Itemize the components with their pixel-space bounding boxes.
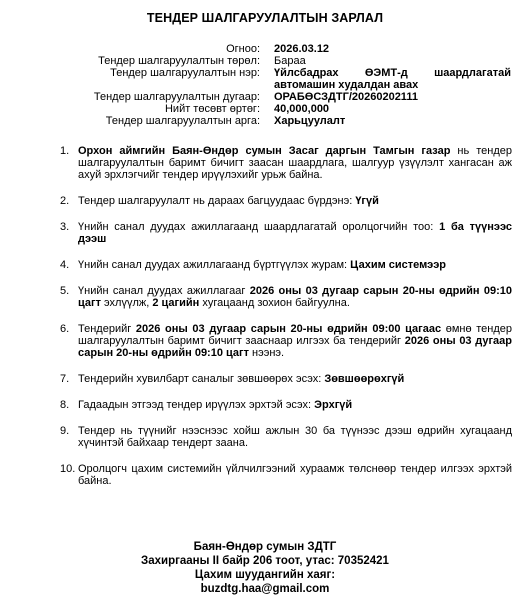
meta-label: Нийт төсөвт өртөг: bbox=[0, 103, 260, 115]
emphasis-text: Цахим системээр bbox=[350, 259, 446, 271]
body-text: нээнэ. bbox=[249, 347, 284, 359]
body-text: Гадаадын этгээд тендер ирүүлэх эрхтэй эс… bbox=[78, 399, 314, 411]
list-item-number: 2. bbox=[60, 195, 78, 207]
list-item-text: Тендерийг 2026 оны 03 дугаар сарын 20-ны… bbox=[78, 323, 512, 359]
list-item: 3.Үнийн санал дуудах ажиллагаанд шаардла… bbox=[60, 221, 512, 245]
meta-row: Тендер шалгаруулалтын нэр:Үйлсбадрах ӨЭМ… bbox=[0, 67, 530, 91]
list-item: 6.Тендерийг 2026 оны 03 дугаар сарын 20-… bbox=[60, 323, 512, 359]
list-item-text: Үнийн санал дуудах ажиллагааг 2026 оны 0… bbox=[78, 285, 512, 309]
body-text: эхлүүлж, bbox=[101, 297, 152, 309]
list-item-number: 9. bbox=[60, 425, 78, 449]
body-text: Тендер шалгаруулалт нь дараах багцуудаас… bbox=[78, 195, 355, 207]
emphasis-text: Зөвшөөрөхгүй bbox=[324, 373, 404, 385]
list-item-number: 10. bbox=[60, 463, 78, 487]
meta-value: 40,000,000 bbox=[274, 103, 511, 115]
body-text: Үнийн санал дуудах ажиллагаанд бүртгүүлэ… bbox=[78, 259, 350, 271]
meta-label: Тендер шалгаруулалтын төрөл: bbox=[0, 55, 260, 67]
list-item-text: Гадаадын этгээд тендер ирүүлэх эрхтэй эс… bbox=[78, 399, 512, 411]
list-item-number: 4. bbox=[60, 259, 78, 271]
list-item-text: Тендерийн хувилбарт саналыг зөвшөөрөх эс… bbox=[78, 373, 512, 385]
footer-address: Захиргааны II байр 206 тоот, утас: 70352… bbox=[0, 554, 530, 568]
list-item-text: Үнийн санал дуудах ажиллагаанд шаардлага… bbox=[78, 221, 512, 245]
body-text: Тендерийг bbox=[78, 323, 136, 335]
list-item: 2.Тендер шалгаруулалт нь дараах багцууда… bbox=[60, 195, 512, 207]
meta-value: Харьцуулалт bbox=[274, 115, 511, 127]
footer-email-label: Цахим шуудангийн хаяг: bbox=[0, 568, 530, 582]
list-item: 9.Тендер нь түүнийг нээснээс хойш ажлын … bbox=[60, 425, 512, 449]
meta-row: Тендер шалгаруулалтын арга:Харьцуулалт bbox=[0, 115, 530, 127]
meta-row: Тендер шалгаруулалтын дугаар:ОРАБӨСЗДТГ/… bbox=[0, 91, 530, 103]
tender-meta: Огноо:2026.03.12Тендер шалгаруулалтын тө… bbox=[0, 43, 530, 127]
meta-label: Тендер шалгаруулалтын арга: bbox=[0, 115, 260, 127]
body-text: Үнийн санал дуудах ажиллагаанд шаардлага… bbox=[78, 221, 439, 233]
emphasis-text: Үгүй bbox=[355, 195, 379, 207]
list-item-number: 8. bbox=[60, 399, 78, 411]
list-item: 8.Гадаадын этгээд тендер ирүүлэх эрхтэй … bbox=[60, 399, 512, 411]
emphasis-text: Орхон аймгийн Баян-Өндөр сумын Засаг дар… bbox=[78, 145, 450, 157]
list-item-number: 5. bbox=[60, 285, 78, 309]
body-text: Тендер нь түүнийг нээснээс хойш ажлын 30… bbox=[78, 425, 512, 449]
meta-label: Огноо: bbox=[0, 43, 260, 55]
meta-label: Тендер шалгаруулалтын нэр: bbox=[0, 67, 260, 91]
list-item: 1.Орхон аймгийн Баян-Өндөр сумын Засаг д… bbox=[60, 145, 512, 181]
document-title: ТЕНДЕР ШАЛГАРУУЛАЛТЫН ЗАРЛАЛ bbox=[0, 11, 530, 25]
list-item-text: Үнийн санал дуудах ажиллагаанд бүртгүүлэ… bbox=[78, 259, 512, 271]
list-item-text: Оролцогч цахим системийн үйлчилгээний ху… bbox=[78, 463, 512, 487]
body-text: хугацаанд зохион байгуулна. bbox=[199, 297, 350, 309]
footer-contact: Баян-Өндөр сумын ЗДТГ Захиргааны II байр… bbox=[0, 540, 530, 596]
emphasis-text: Эрхгүй bbox=[314, 399, 352, 411]
meta-value: ОРАБӨСЗДТГ/20260202111 bbox=[274, 91, 511, 103]
list-item-text: Орхон аймгийн Баян-Өндөр сумын Засаг дар… bbox=[78, 145, 512, 181]
list-item: 10.Оролцогч цахим системийн үйлчилгээний… bbox=[60, 463, 512, 487]
list-item-number: 1. bbox=[60, 145, 78, 181]
emphasis-text: 2026 оны 03 дугаар сарын 20-ны өдрийн 09… bbox=[136, 323, 441, 335]
list-item: 5.Үнийн санал дуудах ажиллагааг 2026 оны… bbox=[60, 285, 512, 309]
list-item-number: 3. bbox=[60, 221, 78, 245]
meta-row: Нийт төсөвт өртөг:40,000,000 bbox=[0, 103, 530, 115]
meta-value: Бараа bbox=[274, 55, 511, 67]
body-text: Тендерийн хувилбарт саналыг зөвшөөрөх эс… bbox=[78, 373, 324, 385]
list-item-number: 7. bbox=[60, 373, 78, 385]
body-text: Оролцогч цахим системийн үйлчилгээний ху… bbox=[78, 463, 512, 487]
meta-value: 2026.03.12 bbox=[274, 43, 511, 55]
body-text: Үнийн санал дуудах ажиллагааг bbox=[78, 285, 250, 297]
meta-label: Тендер шалгаруулалтын дугаар: bbox=[0, 91, 260, 103]
list-item-number: 6. bbox=[60, 323, 78, 359]
meta-row: Тендер шалгаруулалтын төрөл:Бараа bbox=[0, 55, 530, 67]
tender-conditions-list: 1.Орхон аймгийн Баян-Өндөр сумын Засаг д… bbox=[60, 145, 512, 501]
emphasis-text: 2 цагийн bbox=[152, 297, 199, 309]
list-item: 7.Тендерийн хувилбарт саналыг зөвшөөрөх … bbox=[60, 373, 512, 385]
meta-row: Огноо:2026.03.12 bbox=[0, 43, 530, 55]
meta-value: Үйлсбадрах ӨЭМТ-д шаардлагатай автомашин… bbox=[274, 67, 511, 91]
footer-email[interactable]: buzdtg.haa@gmail.com bbox=[0, 582, 530, 596]
footer-org: Баян-Өндөр сумын ЗДТГ bbox=[0, 540, 530, 554]
list-item-text: Тендер шалгаруулалт нь дараах багцуудаас… bbox=[78, 195, 512, 207]
list-item-text: Тендер нь түүнийг нээснээс хойш ажлын 30… bbox=[78, 425, 512, 449]
list-item: 4.Үнийн санал дуудах ажиллагаанд бүртгүү… bbox=[60, 259, 512, 271]
